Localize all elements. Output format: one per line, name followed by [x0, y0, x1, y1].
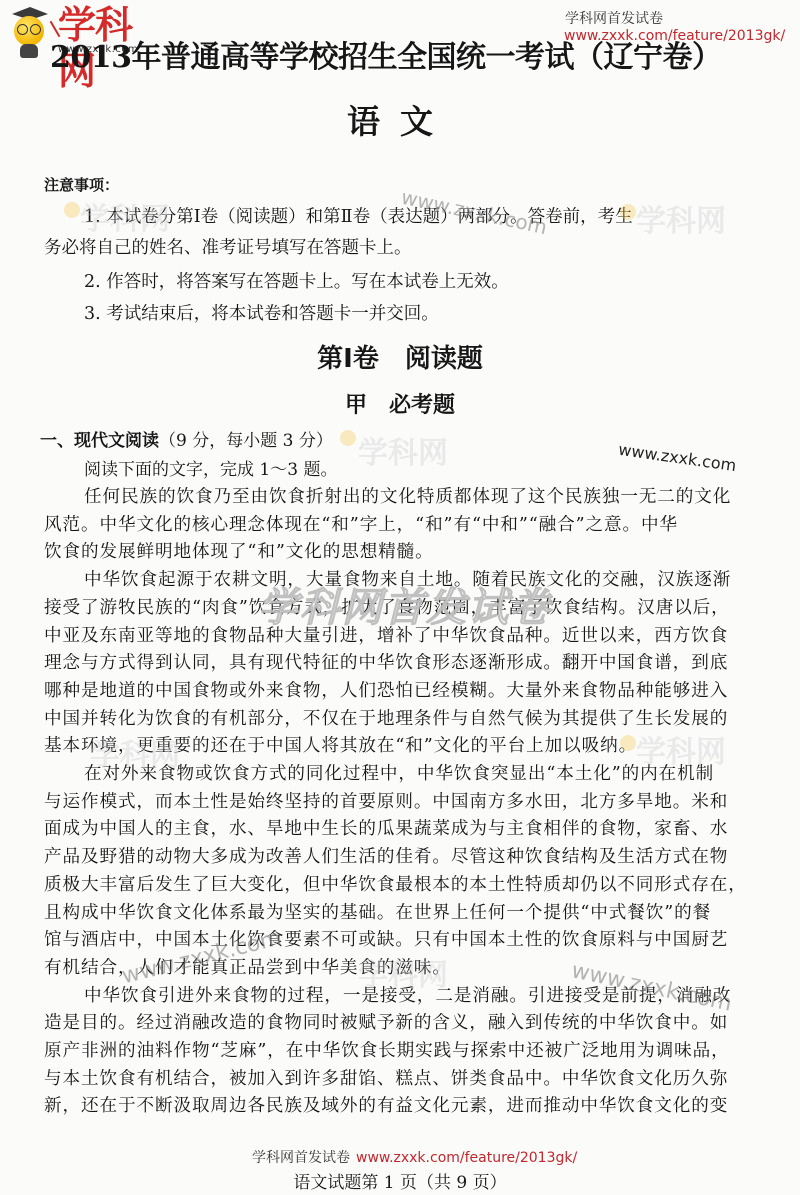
footer-label: 学科网首发试卷www.zxxk.com/feature/2013gk/ — [252, 1147, 577, 1167]
exam-title: 2013年普通高等学校招生全国统一考试（辽宁卷） — [50, 38, 770, 78]
passage-line: 中亚及东南亚等地的食物品种大量引进，增补了中华饮食品种。近世以来，西方饮食 — [44, 622, 758, 650]
passage-line: 有机结合，人们才能真正品尝到中华美食的滋味。 — [44, 954, 758, 982]
footer-url-link[interactable]: www.zxxk.com/feature/2013gk/ — [356, 1150, 577, 1166]
passage-line: 新，还在于不断汲取周边各民族及域外的有益文化元素，进而推动中华饮食文化的变 — [44, 1092, 758, 1120]
mascot-body-icon — [20, 44, 38, 58]
question-points: （9 分，每小题 3 分） — [159, 431, 333, 451]
passage-line: 与运作模式，而本土性是始终坚持的首要原则。中国南方多水田，北方多旱地。米和 — [44, 788, 758, 816]
passage-line: 馆与酒店中，中国本土化饮食要素不可或缺。只有中国本土性的饮食原料与中国厨艺 — [44, 926, 758, 954]
passage-line: 产品及野猎的动物大多成为改善人们生活的佳肴。尽管这种饮食结构及生活方式在物 — [44, 843, 758, 871]
notice-item-1-cont: 务必将自己的姓名、准考证号填写在答题卡上。 — [44, 237, 412, 259]
passage-line: 哪种是地道的中国食物或外来食物，人们恐怕已经模糊。大量外来食物品种能够进入 — [44, 677, 758, 705]
watermark-brand-3: 学科网 — [358, 428, 448, 472]
notice-heading: 注意事项： — [44, 174, 119, 195]
question-instruction: 阅读下面的文字，完成 1～3 题。 — [84, 455, 337, 480]
passage-line: 任何民族的饮食乃至由饮食折射出的文化特质都体现了这个民族独一无二的文化 — [84, 483, 798, 511]
subject-title: 语文 — [0, 102, 800, 142]
passage-line: 在对外来食物或饮食方式的同化过程中，中华饮食突显出“本土化”的内在机制 — [84, 760, 798, 788]
passage-line: 造是目的。经过消融改造的食物同时被赋予新的含义，融入到传统的中华饮食中。如 — [44, 1009, 758, 1037]
volume-title: 第Ⅰ卷 阅读题 — [0, 338, 800, 375]
passage-line: 原产非洲的油料作物“芝麻”，在中华饮食长期实践与探索中还被广泛地用为调味品， — [44, 1037, 758, 1065]
passage-line: 中国并转化为饮食的有机部分，不仅在于地理条件与自然气候为其提供了生长发展的 — [44, 705, 758, 733]
passage-line: 理念与方式得到认同，具有现代特征的中华饮食形态逐渐形成。翻开中国食谱，到底 — [44, 649, 758, 677]
footer-label-text: 学科网首发试卷 — [252, 1150, 350, 1166]
watermark-mascot-icon — [620, 204, 636, 220]
notice-item-1: 1. 本试卷分第Ⅰ卷（阅读题）和第Ⅱ卷（表达题）两部分。答卷前，考生 — [84, 206, 633, 228]
top-right-label: 学科网首发试卷 — [565, 8, 663, 28]
passage-line: 中华饮食起源于农耕文明，大量食物来自土地。随着民族文化的交融，汉族逐渐 — [84, 566, 798, 594]
watermark-brand-2: 学科网 — [636, 196, 726, 240]
passage-line: 风范。中华文化的核心理念体现在“和”字上，“和”有“中和”“融合”之意。中华 — [44, 511, 758, 539]
watermark-mascot-icon — [340, 430, 356, 446]
passage-line: 中华饮食引进外来食物的过程，一是接受，二是消融。引进接受是前提，消融改 — [84, 982, 798, 1010]
page-number: 语文试题第 1 页（共 9 页） — [0, 1168, 800, 1193]
passage-line: 基本环境，更重要的还在于中国人将其放在“和”文化的平台上加以吸纳。 — [44, 732, 758, 760]
watermark-url-2: www.zxxk.com — [617, 440, 737, 475]
notice-item-2: 2. 作答时，将答案写在答题卡上。写在本试卷上无效。 — [84, 271, 509, 293]
passage-line: 与本土饮食有机结合，被加入到许多甜馅、糕点、饼类食品中。中华饮食文化历久弥 — [44, 1065, 758, 1093]
passage-line: 饮食的发展鲜明地体现了“和”文化的思想精髓。 — [44, 538, 758, 566]
notice-item-3: 3. 考试结束后，将本试卷和答题卡一并交回。 — [84, 303, 439, 325]
passage-line: 且构成中华饮食文化体系最为坚实的基础。在世界上任何一个提供“中式餐饮”的餐 — [44, 899, 758, 927]
watermark-mascot-icon — [620, 735, 636, 751]
question-heading: 一、现代文阅读（9 分，每小题 3 分） — [40, 426, 333, 451]
passage-line: 接受了游牧民族的“肉食”饮食方式，扩大了食物范围，丰富了饮食结构。汉唐以后， — [44, 594, 758, 622]
passage-line: 面成为中国人的主食，水、旱地中生长的瓜果蔬菜成为与主食相伴的食物，家畜、水 — [44, 815, 758, 843]
glasses-icon — [16, 24, 42, 34]
part-title: 甲 必考题 — [0, 388, 800, 419]
passage-line: 质极大丰富后发生了巨大变化，但中华饮食最根本的本土性特质却仍以不同形式存在， — [44, 871, 758, 899]
watermark-mascot-icon — [64, 202, 80, 218]
question-heading-text: 一、现代文阅读 — [40, 431, 159, 451]
